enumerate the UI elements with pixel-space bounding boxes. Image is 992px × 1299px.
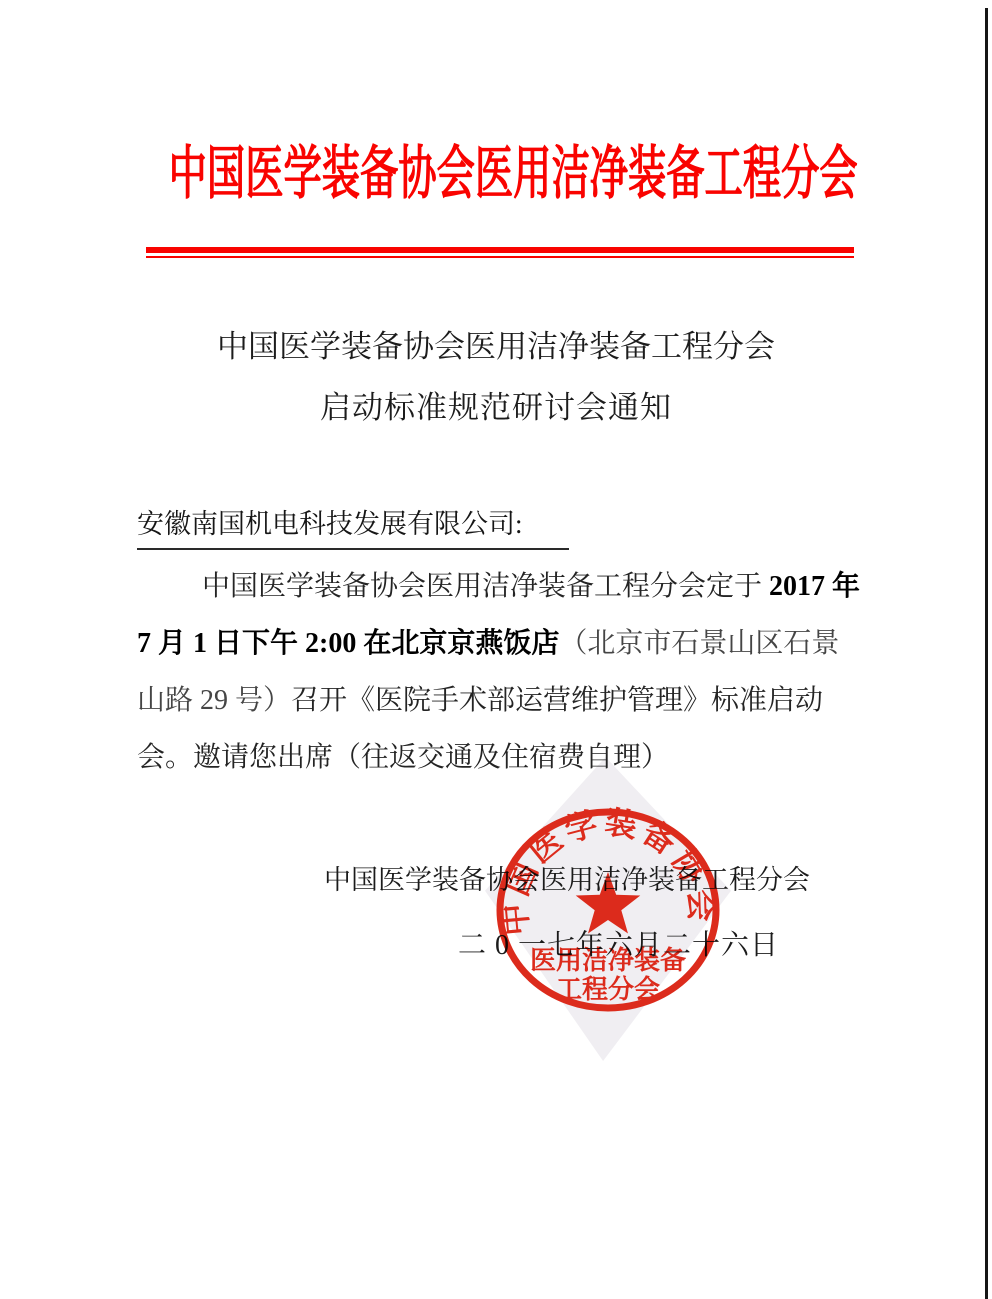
seal-scan-background [485,757,731,1061]
notice-title-line1: 中国医学装备协会医用洁净装备工程分会 [0,327,992,367]
body-line-2: 7 月 1 日下午 2:00 在北京京燕饭店（北京市石景山区石景 [137,615,877,672]
body-line3-address: 山路 29 号） [137,685,291,716]
notice-title-line2: 启动标准规范研讨会通知 [0,388,992,428]
body-line-4: 会。邀请您出席（往返交通及住宿费自理） [137,729,877,786]
body-line1-text: 中国医学装备协会医用洁净装备工程分会定于 [202,571,769,602]
body-line3-text: 召开《医院手术部运营维护管理》标准启动 [291,685,823,716]
notice-document-page: 中国医学装备协会医用洁净装备工程分会 中国医学装备协会医用洁净装备工程分会 启动… [0,0,992,1299]
body-line2-address: （北京市石景山区石景 [559,628,839,659]
body-line4-text: 会。邀请您出席（往返交通及住宿费自理） [137,742,669,773]
body-line-3: 山路 29 号）召开《医院手术部运营维护管理》标准启动 [137,672,877,729]
seal-graphic: 中国医学装备协会 医用洁净装备 工程分会 [492,804,724,1016]
addressee-name: 安徽南国机电科技发展有限公司: [137,503,569,550]
page-edge-line [985,8,988,1299]
body-line1-bold-date: 2017 年 [769,571,860,602]
signature-date: 二 0 一七年六月二十六日 [458,924,779,968]
notice-body: 中国医学装备协会医用洁净装备工程分会定于 2017 年 7 月 1 日下午 2:… [137,558,877,786]
official-seal: 中国医学装备协会 医用洁净装备 工程分会 [483,757,733,1063]
divider-thin-line [146,256,854,258]
letterhead-divider [146,247,854,258]
seal-bottom-line2: 工程分会 [556,974,660,1004]
divider-thick-line [146,247,854,253]
seal-ring [500,812,716,1008]
body-line-1: 中国医学装备协会医用洁净装备工程分会定于 2017 年 [137,558,877,615]
body-line2-bold-time-place: 7 月 1 日下午 2:00 在北京京燕饭店 [137,628,559,659]
signature-org-name: 中国医学装备协会医用洁净装备工程分会 [324,858,810,902]
letterhead-org-title: 中国医学装备协会医用洁净装备工程分会 [169,136,824,212]
addressee-line: 安徽南国机电科技发展有限公司: [137,503,569,550]
